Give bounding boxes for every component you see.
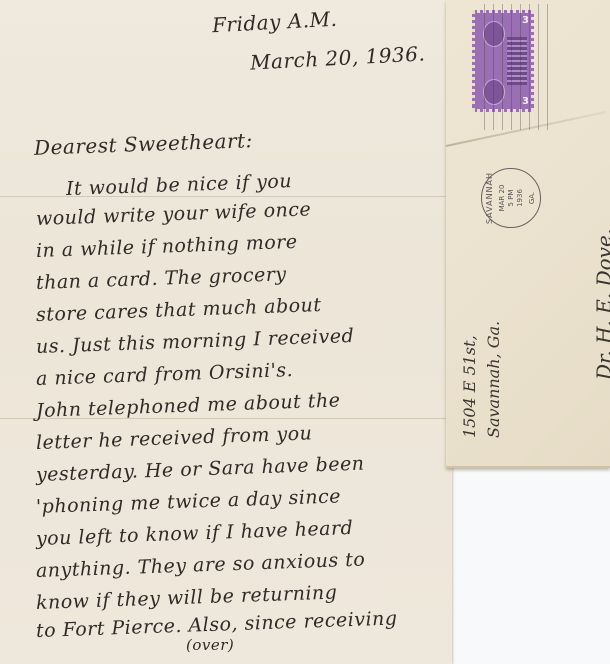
letter-line: letter he received from you [36, 422, 313, 454]
letter-date-full: March 20, 1936. [249, 41, 425, 74]
letter-line: would write your wife once [36, 198, 312, 230]
cancellation-lines [476, 4, 552, 130]
letter-date-day: Friday A.M. [211, 7, 337, 38]
letter-line: anything. They are so anxious to [36, 549, 366, 582]
postmark-year: 1936 [516, 169, 525, 227]
letter-line: yesterday. He or Sara have been [36, 453, 365, 486]
letter-over-note: (over) [186, 636, 234, 654]
handwritten-letter-page: Friday A.M. March 20, 1936. Dearest Swee… [0, 0, 452, 664]
letter-line: us. Just this morning I received [36, 325, 355, 358]
letter-greeting: Dearest Sweetheart: [34, 128, 254, 160]
letter-line: in a while if nothing more [36, 231, 298, 262]
letter-line: than a card. The grocery [36, 263, 287, 294]
letter-line: a nice card from Orsini's. [36, 359, 294, 390]
postmark-state: GA. [528, 169, 537, 227]
return-address-city: Savannah, Ga. [484, 321, 503, 438]
postmark-time: 5 PM [507, 169, 516, 227]
postmark: SAVANNAH MAR 20 5 PM 1936 GA. [481, 168, 541, 228]
recipient-name: Dr. H. E. Dove, [592, 229, 610, 380]
postmark-date: MAR 20 5 PM 1936 [498, 169, 525, 227]
return-address-street: 1504 E 51st, [460, 335, 479, 438]
letter-line: know if they will be returning [36, 581, 338, 614]
letter-line: store cares that much about [36, 294, 322, 326]
postmark-date-text: MAR 20 [498, 169, 507, 227]
letter-line: 'phoning me twice a day since [36, 485, 342, 518]
letter-line: you left to know if I have heard [36, 517, 354, 550]
postmark-city: SAVANNAH [485, 169, 494, 227]
